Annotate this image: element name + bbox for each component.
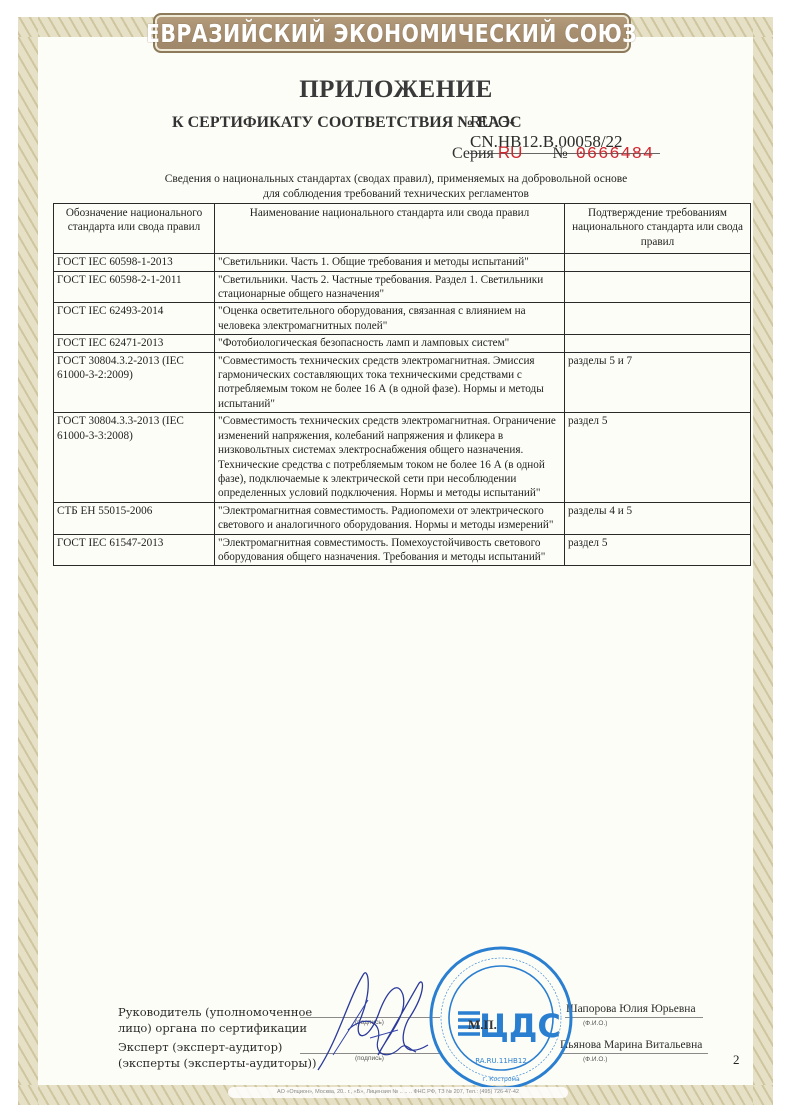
requirement-confirmation xyxy=(565,254,751,271)
series-value: RU xyxy=(498,143,523,162)
table-body: ГОСТ IEC 60598-1-2013"Светильники. Часть… xyxy=(54,254,751,566)
expert-name-line xyxy=(560,1053,708,1054)
standard-code: ГОСТ IEC 62493-2014 xyxy=(54,303,215,335)
table-row: ГОСТ IEC 61547-2013"Электромагнитная сов… xyxy=(54,534,751,566)
table-row: ГОСТ IEC 62493-2014"Оценка осветительног… xyxy=(54,303,751,335)
banner-text: ЕВРАЗИЙСКИЙ ЭКОНОМИЧЕСКИЙ СОЮЗ xyxy=(146,19,637,48)
printer-imprint: АО «Опцион», Москва, 20.. г., «Б», Лицен… xyxy=(228,1087,568,1098)
standard-code: ГОСТ 30804.3.3-2013 (IEC 61000-3-3:2008) xyxy=(54,413,215,502)
header-name: Наименование национального стандарта или… xyxy=(215,204,565,254)
requirement-confirmation xyxy=(565,335,751,352)
standard-name: "Фотобиологическая безопасность ламп и л… xyxy=(215,335,565,352)
table-header-row: Обозначение национального стандарта или … xyxy=(54,204,751,254)
table-row: ГОСТ 30804.3.2-2013 (IEC 61000-3-2:2009)… xyxy=(54,352,751,413)
standard-name: "Светильники. Часть 2. Частные требовани… xyxy=(215,271,565,303)
header-code: Обозначение национального стандарта или … xyxy=(54,204,215,254)
stamp-city: г. Кострома xyxy=(482,1076,520,1083)
requirement-confirmation xyxy=(565,271,751,303)
expert-label-line-1: Эксперт (эксперт-аудитор) xyxy=(118,1039,317,1055)
standard-name: "Электромагнитная совместимость. Помехоу… xyxy=(215,534,565,566)
standard-code: ГОСТ IEC 60598-2-1-2011 xyxy=(54,271,215,303)
requirement-confirmation xyxy=(565,303,751,335)
expert-label: Эксперт (эксперт-аудитор) (эксперты (экс… xyxy=(118,1039,317,1071)
intro-line-2: для соблюдения требований технических ре… xyxy=(0,187,792,202)
standard-name: "Оценка осветительного оборудования, свя… xyxy=(215,303,565,335)
form-number: 0666484 xyxy=(576,145,654,164)
series-line: Серия RU № 0666484 xyxy=(452,143,654,164)
requirement-confirmation: раздел 5 xyxy=(565,413,751,502)
number-label: № xyxy=(552,145,567,162)
head-label-line-1: Руководитель (уполномоченное xyxy=(118,1004,312,1020)
standard-code: СТБ ЕН 55015-2006 xyxy=(54,502,215,534)
intro-line-1: Сведения о национальных стандартах (свод… xyxy=(0,172,792,187)
expert-fio-caption: (Ф.И.О.) xyxy=(583,1056,607,1063)
standard-code: ГОСТ IEC 61547-2013 xyxy=(54,534,215,566)
header-confirm: Подтверждение требованиям национального … xyxy=(565,204,751,254)
document-title: ПРИЛОЖЕНИЕ xyxy=(0,76,792,104)
page-number: 2 xyxy=(733,1052,740,1068)
expert-name: Пьянова Марина Витальевна xyxy=(560,1039,702,1051)
handwritten-signature xyxy=(308,960,438,1080)
stamp-place-label: М.П. xyxy=(468,1017,497,1033)
expert-label-line-2: (эксперты (эксперты-аудиторы)) xyxy=(118,1055,317,1071)
head-name-line xyxy=(565,1017,703,1018)
standard-code: ГОСТ 30804.3.2-2013 (IEC 61000-3-2:2009) xyxy=(54,352,215,413)
standard-code: ГОСТ IEC 62471-2013 xyxy=(54,335,215,352)
standards-table: Обозначение национального стандарта или … xyxy=(53,203,751,566)
head-name: Шапорова Юлия Юрьевна xyxy=(566,1003,696,1015)
head-fio-caption: (Ф.И.О.) xyxy=(583,1020,607,1027)
table-row: ГОСТ IEC 62471-2013"Фотобиологическая бе… xyxy=(54,335,751,352)
table-row: ГОСТ IEC 60598-1-2013"Светильники. Часть… xyxy=(54,254,751,271)
head-label-line-2: лицо) органа по сертификации xyxy=(118,1020,312,1036)
standard-name: "Совместимость технических средств элект… xyxy=(215,413,565,502)
intro-text: Сведения о национальных стандартах (свод… xyxy=(0,172,792,202)
stamp-reg: RA.RU.11НВ12 xyxy=(475,1057,527,1065)
standard-name: "Светильники. Часть 1. Общие требования … xyxy=(215,254,565,271)
requirement-confirmation: разделы 5 и 7 xyxy=(565,352,751,413)
standard-code: ГОСТ IEC 60598-1-2013 xyxy=(54,254,215,271)
series-label: Серия xyxy=(452,145,494,162)
table-row: ГОСТ IEC 60598-2-1-2011"Светильники. Час… xyxy=(54,271,751,303)
standard-name: "Совместимость технических средств элект… xyxy=(215,352,565,413)
organization-stamp: ЦДС RA.RU.11НВ12 г. Кострома xyxy=(428,945,574,1091)
head-label: Руководитель (уполномоченное лицо) орган… xyxy=(118,1004,312,1036)
requirement-confirmation: разделы 4 и 5 xyxy=(565,502,751,534)
table-row: ГОСТ 30804.3.3-2013 (IEC 61000-3-3:2008)… xyxy=(54,413,751,502)
standard-name: "Электромагнитная совместимость. Радиопо… xyxy=(215,502,565,534)
requirement-confirmation: раздел 5 xyxy=(565,534,751,566)
eaeu-banner: ЕВРАЗИЙСКИЙ ЭКОНОМИЧЕСКИЙ СОЮЗ xyxy=(153,13,631,53)
table-row: СТБ ЕН 55015-2006"Электромагнитная совме… xyxy=(54,502,751,534)
